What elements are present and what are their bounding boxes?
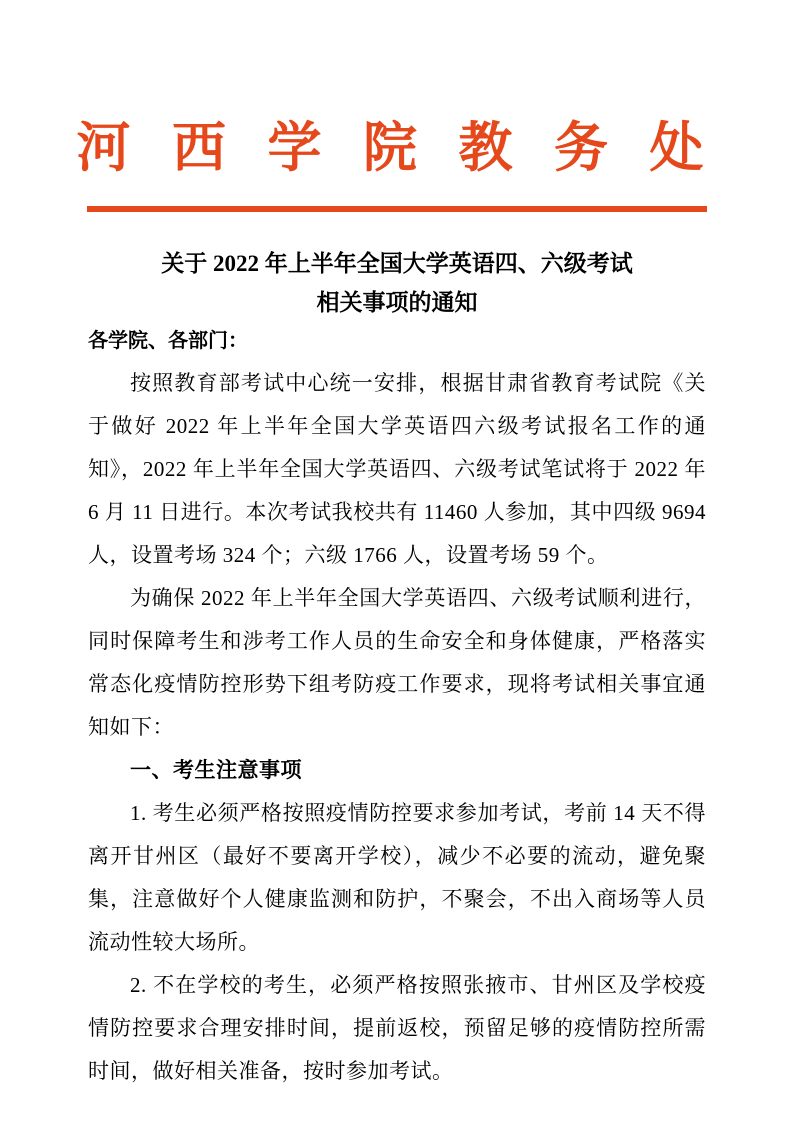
list-item-2: 2. 不在学校的考生，必须严格按照张掖市、甘州区及学校疫情防控要求合理安排时间，… [88, 964, 706, 1093]
document-body: 各学院、各部门： 按照教育部考试中心统一安排，根据甘肃省教育考试院《关于做好 2… [88, 326, 706, 1093]
letterhead-rule [87, 206, 707, 212]
section-heading-candidate-notes: 一、考生注意事项 [88, 749, 706, 792]
notice-title-line-1: 关于 2022 年上半年全国大学英语四、六级考试 [0, 244, 794, 283]
document-page: 河 西 学 院 教 务 处 关于 2022 年上半年全国大学英语四、六级考试 相… [0, 0, 794, 1123]
notice-title-line-2: 相关事项的通知 [0, 283, 794, 322]
letterhead-title: 河 西 学 院 教 务 处 [0, 118, 794, 178]
list-item-1: 1. 考生必须严格按照疫情防控要求参加考试，考前 14 天不得离开甘州区（最好不… [88, 792, 706, 964]
notice-title: 关于 2022 年上半年全国大学英语四、六级考试 相关事项的通知 [0, 244, 794, 322]
paragraph-epidemic-purpose: 为确保 2022 年上半年全国大学英语四、六级考试顺利进行，同时保障考生和涉考工… [88, 577, 706, 749]
paragraph-exam-arrangement: 按照教育部考试中心统一安排，根据甘肃省教育考试院《关于做好 2022 年上半年全… [88, 362, 706, 577]
salutation: 各学院、各部门： [88, 326, 706, 356]
